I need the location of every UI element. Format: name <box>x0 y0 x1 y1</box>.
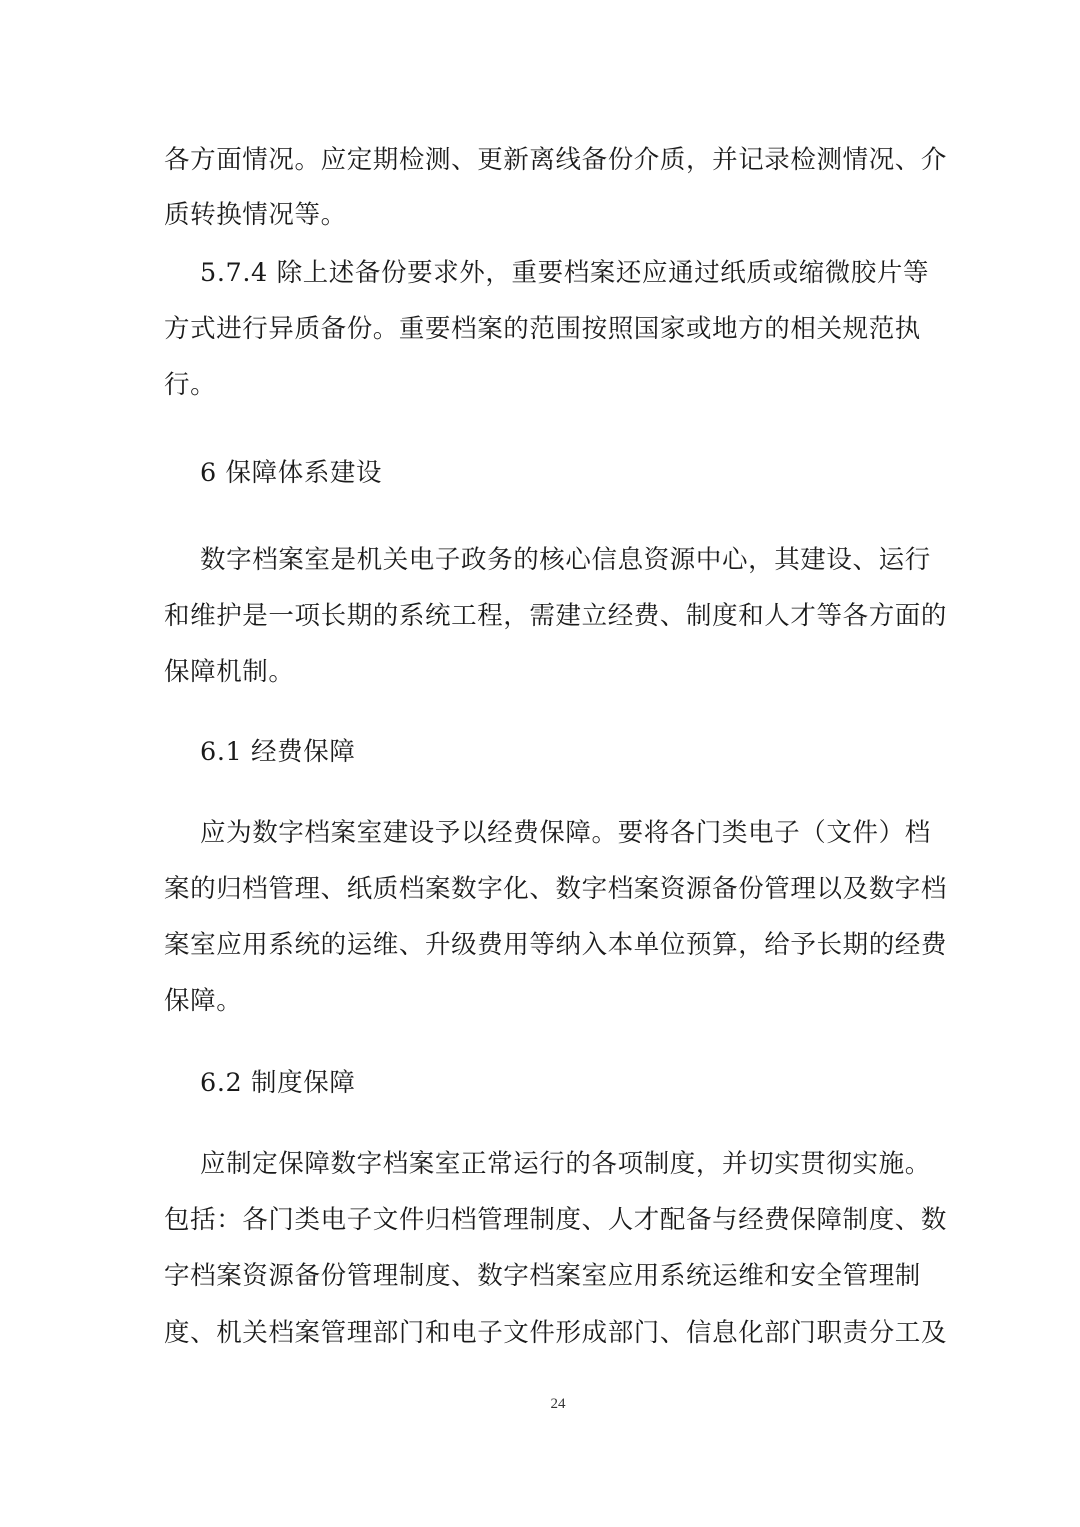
page-number: 24 <box>0 1396 1080 1413</box>
section-heading: 6.1 经费保障 <box>200 735 916 769</box>
text-line: 案室应用系统的运维、升级费用等纳入本单位预算，给予长期的经费 <box>164 928 916 962</box>
text-line: 行。 <box>164 368 916 402</box>
text-line: 案的归档管理、纸质档案数字化、数字档案资源备份管理以及数字档 <box>164 872 916 906</box>
text-line: 质转换情况等。 <box>164 198 916 232</box>
text-line: 5.7.4 除上述备份要求外，重要档案还应通过纸质或缩微胶片等 <box>200 256 916 290</box>
section-heading: 6.2 制度保障 <box>200 1066 916 1100</box>
text-line: 字档案资源备份管理制度、数字档案室应用系统运维和安全管理制 <box>164 1259 916 1293</box>
text-line: 各方面情况。应定期检测、更新离线备份介质，并记录检测情况、介 <box>164 143 916 177</box>
text-line: 保障。 <box>164 984 916 1018</box>
text-line: 数字档案室是机关电子政务的核心信息资源中心，其建设、运行 <box>200 543 916 577</box>
text-line: 包括：各门类电子文件归档管理制度、人才配备与经费保障制度、数 <box>164 1203 916 1237</box>
text-line: 度、机关档案管理部门和电子文件形成部门、信息化部门职责分工及 <box>164 1316 916 1350</box>
text-line: 方式进行异质备份。重要档案的范围按照国家或地方的相关规范执 <box>164 312 916 346</box>
text-line: 应为数字档案室建设予以经费保障。要将各门类电子（文件）档 <box>200 816 916 850</box>
section-heading: 6 保障体系建设 <box>200 456 916 490</box>
text-line: 保障机制。 <box>164 655 916 689</box>
text-line: 和维护是一项长期的系统工程，需建立经费、制度和人才等各方面的 <box>164 599 916 633</box>
text-line: 应制定保障数字档案室正常运行的各项制度，并切实贯彻实施。 <box>200 1147 916 1181</box>
